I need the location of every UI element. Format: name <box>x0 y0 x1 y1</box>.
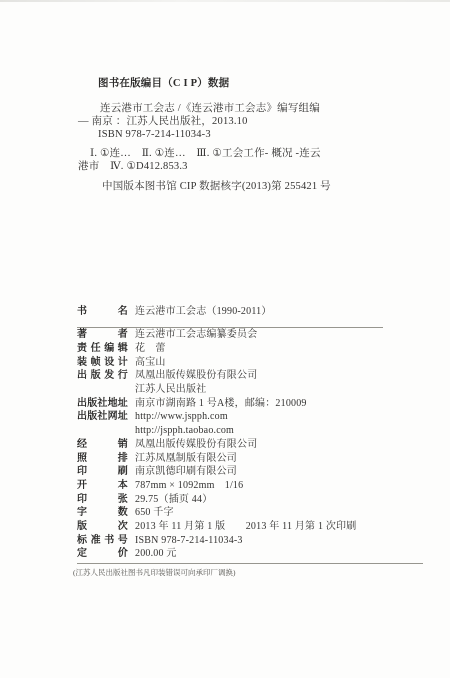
field-label: 出版社网址 <box>77 410 128 437</box>
field-label: 字 数 <box>77 506 128 520</box>
colophon-row-address: 出版社地址 南京市湖南路 1 号A楼，邮编：210009 <box>77 397 423 411</box>
colophon-row-edition: 版 次 2013 年 11 月第 1 版 2013 年 11 月第 1 次印刷 <box>77 520 423 534</box>
field-value: ISBN 978-7-214-11034-3 <box>135 535 243 546</box>
colophon-row-format: 开 本 787mm × 1092mm 1/16 <box>77 479 423 493</box>
colophon-row-editor: 责 任 编 辑 花 蕾 <box>77 342 423 356</box>
field-label: 责 任 编 辑 <box>77 342 128 356</box>
cip-title: 图书在版编目（C I P）数据 <box>98 77 400 90</box>
field-value-line-2: 江苏人民出版社 <box>135 383 423 397</box>
colophon-table: 书 名 连云港市工会志（1990-2011） 著 者 连云港市工会志编纂委员会 … <box>77 305 423 577</box>
field-value: 连云港市工会志（1990-2011） <box>135 306 272 317</box>
field-label: 出 版 发 行 <box>77 369 128 396</box>
divider-bottom <box>77 563 423 564</box>
field-value: 南京凯德印刷有限公司 <box>135 466 237 477</box>
field-label: 经 销 <box>77 438 128 452</box>
colophon-row-wordcount: 字 数 650 千字 <box>77 506 423 520</box>
scan-edge-artifact <box>0 0 450 2</box>
cip-class-line-2: 港市 Ⅳ. ①D412.853.3 <box>78 160 400 173</box>
field-value: 南京市湖南路 1 号A楼，邮编：210009 <box>135 398 307 409</box>
field-value: 江苏凤凰制版有限公司 <box>135 453 237 464</box>
field-label: 版 次 <box>77 520 128 534</box>
colophon-row-publisher: 出 版 发 行 凤凰出版传媒股份有限公司 江苏人民出版社 <box>77 369 423 396</box>
field-value: 凤凰出版传媒股份有限公司 <box>135 369 423 383</box>
colophon-row-typesetting: 照 排 江苏凤凰制版有限公司 <box>77 452 423 466</box>
field-label: 出版社地址 <box>77 397 128 411</box>
field-value: 650 千字 <box>135 507 174 518</box>
field-value: 2013 年 11 月第 1 版 2013 年 11 月第 1 次印刷 <box>135 521 356 532</box>
field-value: 高宝山 <box>135 357 166 368</box>
field-value: 凤凰出版传媒股份有限公司 <box>135 439 257 450</box>
field-label: 印 刷 <box>77 465 128 479</box>
field-value: 787mm × 1092mm 1/16 <box>135 480 243 491</box>
copyright-page: 图书在版编目（C I P）数据 连云港市工会志 /《连云港市工会志》编写组编 —… <box>0 0 450 678</box>
cip-class-line-1: Ⅰ. ①连… Ⅱ. ①连… Ⅲ. ①工会工作- 概况 -连云 <box>90 147 400 160</box>
field-label: 装 帧 设 计 <box>77 356 128 370</box>
field-value: http://www.jspph.com <box>135 410 423 424</box>
colophon-row-author: 著 者 连云港市工会志编纂委员会 <box>77 328 423 342</box>
misprint-exchange-note: (江苏人民出版社图书凡印装错误可向承印厂调换) <box>73 568 423 577</box>
colophon-row-website: 出版社网址 http://www.jspph.com http://jspph.… <box>77 410 423 437</box>
cip-record-line: 中国版本图书馆 CIP 数据核字(2013)第 255421 号 <box>102 180 400 193</box>
colophon-row-book-title: 书 名 连云港市工会志（1990-2011） <box>77 305 423 319</box>
colophon-row-price: 定 价 200.00 元 <box>77 547 423 561</box>
colophon-row-distributor: 经 销 凤凰出版传媒股份有限公司 <box>77 438 423 452</box>
field-value: 花 蕾 <box>135 343 166 354</box>
field-label: 定 价 <box>77 547 128 561</box>
cip-pub-line-2: — 南京 ：江苏人民出版社，2013.10 <box>78 115 400 128</box>
field-value: 200.00 元 <box>135 548 177 559</box>
colophon-row-designer: 装 帧 设 计 高宝山 <box>77 356 423 370</box>
cip-pub-line-3: ISBN 978-7-214-11034-3 <box>98 128 400 141</box>
colophon-row-printer: 印 刷 南京凯德印刷有限公司 <box>77 465 423 479</box>
field-value: 连云港市工会志编纂委员会 <box>135 329 257 340</box>
colophon-row-sheets: 印 张 29.75（插页 44） <box>77 493 423 507</box>
field-label: 著 者 <box>77 328 128 342</box>
field-label: 印 张 <box>77 493 128 507</box>
field-label: 标 准 书 号 <box>77 534 128 548</box>
cip-pub-line-1: 连云港市工会志 /《连云港市工会志》编写组编 <box>100 102 400 115</box>
field-value: 29.75（插页 44） <box>135 494 212 505</box>
field-label: 书 名 <box>77 305 128 319</box>
field-value-line-2: http://jspph.taobao.com <box>135 424 423 438</box>
colophon-row-isbn: 标 准 书 号 ISBN 978-7-214-11034-3 <box>77 534 423 548</box>
field-label: 照 排 <box>77 452 128 466</box>
field-label: 开 本 <box>77 479 128 493</box>
cip-block: 图书在版编目（C I P）数据 连云港市工会志 /《连云港市工会志》编写组编 —… <box>78 77 400 193</box>
